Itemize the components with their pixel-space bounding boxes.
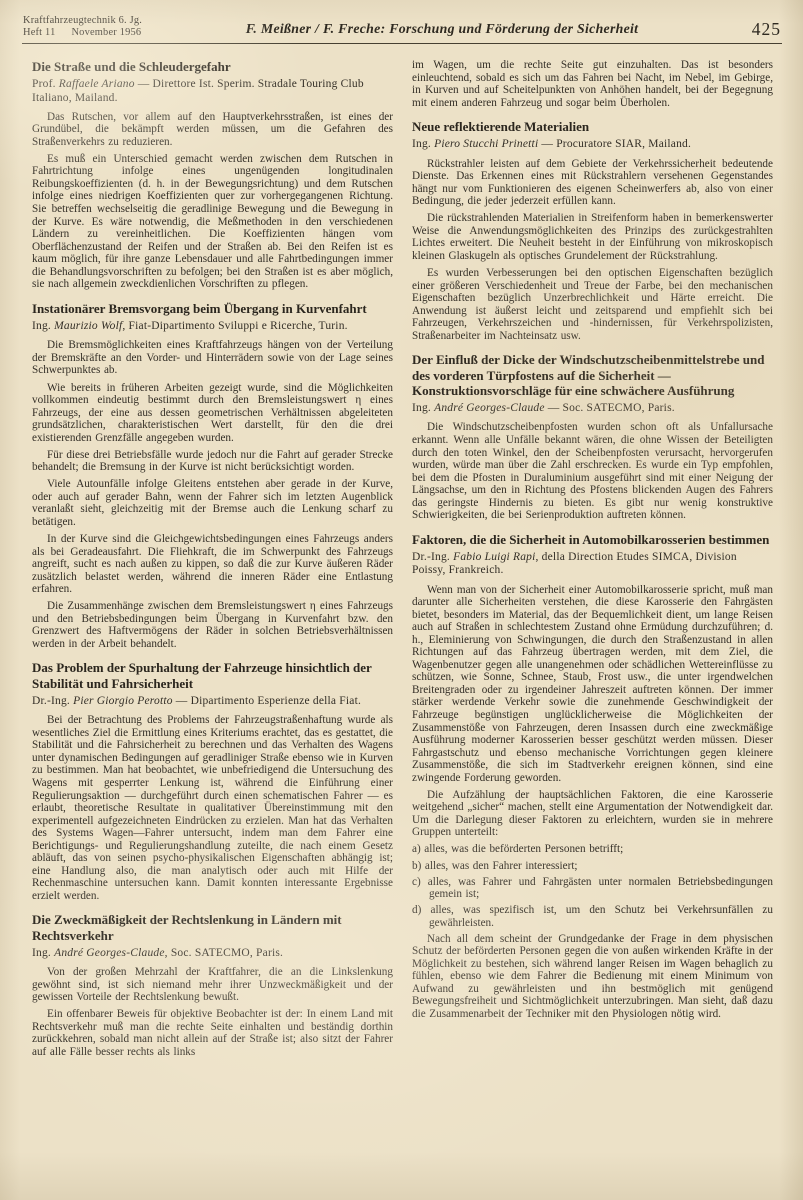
paragraph: Es wurden Verbesserungen bei den optisch… [412, 267, 773, 342]
author-text: , Soc. SATECMO, Paris. [165, 947, 283, 959]
running-title: F. Meißner / F. Freche: Forschung und Fö… [246, 21, 639, 37]
author-text: Prof. [32, 78, 59, 90]
author-line: Ing. Maurizio Wolf, Fiat-Dipartimento Sv… [32, 320, 393, 333]
author-text: Ing. [32, 947, 54, 959]
author-text: — Procuratore SIAR, Mailand. [538, 138, 691, 150]
paragraph: Die Bremsmöglichkeiten eines Kraftfahrze… [32, 339, 393, 377]
paragraph: Rückstrahler leisten auf dem Gebiete der… [412, 158, 773, 208]
author-name: Pier Giorgio Perotto [73, 695, 173, 707]
author-text: — Soc. SATECMO, Paris. [545, 402, 675, 414]
author-line: Dr.-Ing. Fabio Luigi Rapi, della Directi… [412, 551, 773, 577]
paragraph: Von der großen Mehrzahl der Kraftfahrer,… [32, 966, 393, 1004]
list-item: d) alles, was spezifisch ist, um den Sch… [412, 904, 773, 929]
author-text: Ing. [412, 402, 434, 414]
paragraph: Die rückstrahlenden Materialien in Strei… [412, 212, 773, 262]
section-heading: Faktoren, die die Sicherheit in Automobi… [412, 532, 773, 547]
right-column: im Wagen, um die rechte Seite gut einzuh… [412, 59, 773, 1200]
paragraph: Wie bereits in früheren Arbeiten gezeigt… [32, 382, 393, 445]
section-heading: Instationärer Bremsvorgang beim Übergang… [32, 301, 393, 316]
author-line: Ing. André Georges-Claude, Soc. SATECMO,… [32, 947, 393, 960]
author-name: Raffaele Ariano [59, 78, 135, 90]
paragraph: Viele Autounfälle infolge Gleitens entst… [32, 478, 393, 528]
author-name: André Georges-Claude [54, 947, 165, 959]
list-item: b) alles, was den Fahrer interessiert; [412, 860, 773, 873]
section-heading: Die Straße und die Schleudergefahr [32, 59, 393, 74]
paragraph: Ein offenbarer Beweis für objektive Beob… [32, 1008, 393, 1058]
section-heading: Der Einfluß der Dicke der Windschutzsche… [412, 352, 773, 398]
left-column: Die Straße und die SchleudergefahrProf. … [32, 59, 393, 1200]
paragraph: Für diese drei Betriebsfälle wurde jedoc… [32, 449, 393, 474]
paragraph: Nach all dem scheint der Grundgedanke de… [412, 933, 773, 1021]
issue-label: Heft 11 [23, 27, 55, 38]
author-name: André Georges-Claude [434, 402, 545, 414]
author-text: Ing. [412, 138, 434, 150]
author-line: Dr.-Ing. Pier Giorgio Perotto — Dipartim… [32, 695, 393, 708]
section-heading: Neue reflektierende Materialien [412, 119, 773, 134]
author-text: — Dipartimento Esperienze della Fiat. [173, 695, 361, 707]
page-header: Kraftfahrzeugtechnik 6. Jg. Heft 11Novem… [22, 0, 782, 44]
text-columns: Die Straße und die SchleudergefahrProf. … [32, 59, 773, 1200]
paragraph: Die Zusammenhänge zwischen dem Bremsleis… [32, 600, 393, 650]
author-line: Ing. Piero Stucchi Prinetti — Procurator… [412, 138, 773, 151]
journal-info: Kraftfahrzeugtechnik 6. Jg. Heft 11Novem… [23, 15, 142, 39]
list-item: a) alles, was die beförderten Personen b… [412, 843, 773, 856]
paragraph: Die Windschutzscheibenpfosten wurden sch… [412, 421, 773, 521]
author-text: Dr.-Ing. [412, 551, 453, 563]
journal-title: Kraftfahrzeugtechnik 6. Jg. [23, 15, 142, 27]
paragraph: Wenn man von der Sicherheit einer Automo… [412, 584, 773, 785]
list-item: c) alles, was Fahrer und Fahrgästen unte… [412, 876, 773, 901]
section-heading: Die Zweckmäßigkeit der Rechtslenkung in … [32, 912, 393, 943]
author-text: Dr.-Ing. [32, 695, 73, 707]
journal-issue-line: Heft 11November 1956 [23, 27, 142, 39]
paragraph: In der Kurve sind die Gleichgewichtsbedi… [32, 533, 393, 596]
author-line: Prof. Raffaele Ariano — Direttore Ist. S… [32, 78, 393, 104]
author-name: Fabio Luigi Rapi [453, 551, 535, 563]
page-number: 425 [752, 19, 781, 40]
paragraph: im Wagen, um die rechte Seite gut einzuh… [412, 59, 773, 109]
paragraph: Das Rutschen, vor allem auf den Hauptver… [32, 111, 393, 149]
paragraph: Die Aufzählung der hauptsächlichen Fakto… [412, 789, 773, 839]
paragraph: Es muß ein Unterschied gemacht werden zw… [32, 153, 393, 291]
paragraph: Bei der Betrachtung des Problems der Fah… [32, 714, 393, 902]
author-line: Ing. André Georges-Claude — Soc. SATECMO… [412, 402, 773, 415]
author-name: Piero Stucchi Prinetti [434, 138, 538, 150]
journal-page-scan: Kraftfahrzeugtechnik 6. Jg. Heft 11Novem… [0, 0, 803, 1200]
author-text: Ing. [32, 320, 54, 332]
issue-date: November 1956 [71, 27, 141, 38]
author-text: , Fiat-Dipartimento Sviluppi e Ricerche,… [122, 320, 347, 332]
author-name: Maurizio Wolf [54, 320, 122, 332]
section-heading: Das Problem der Spurhaltung der Fahrzeug… [32, 660, 393, 691]
